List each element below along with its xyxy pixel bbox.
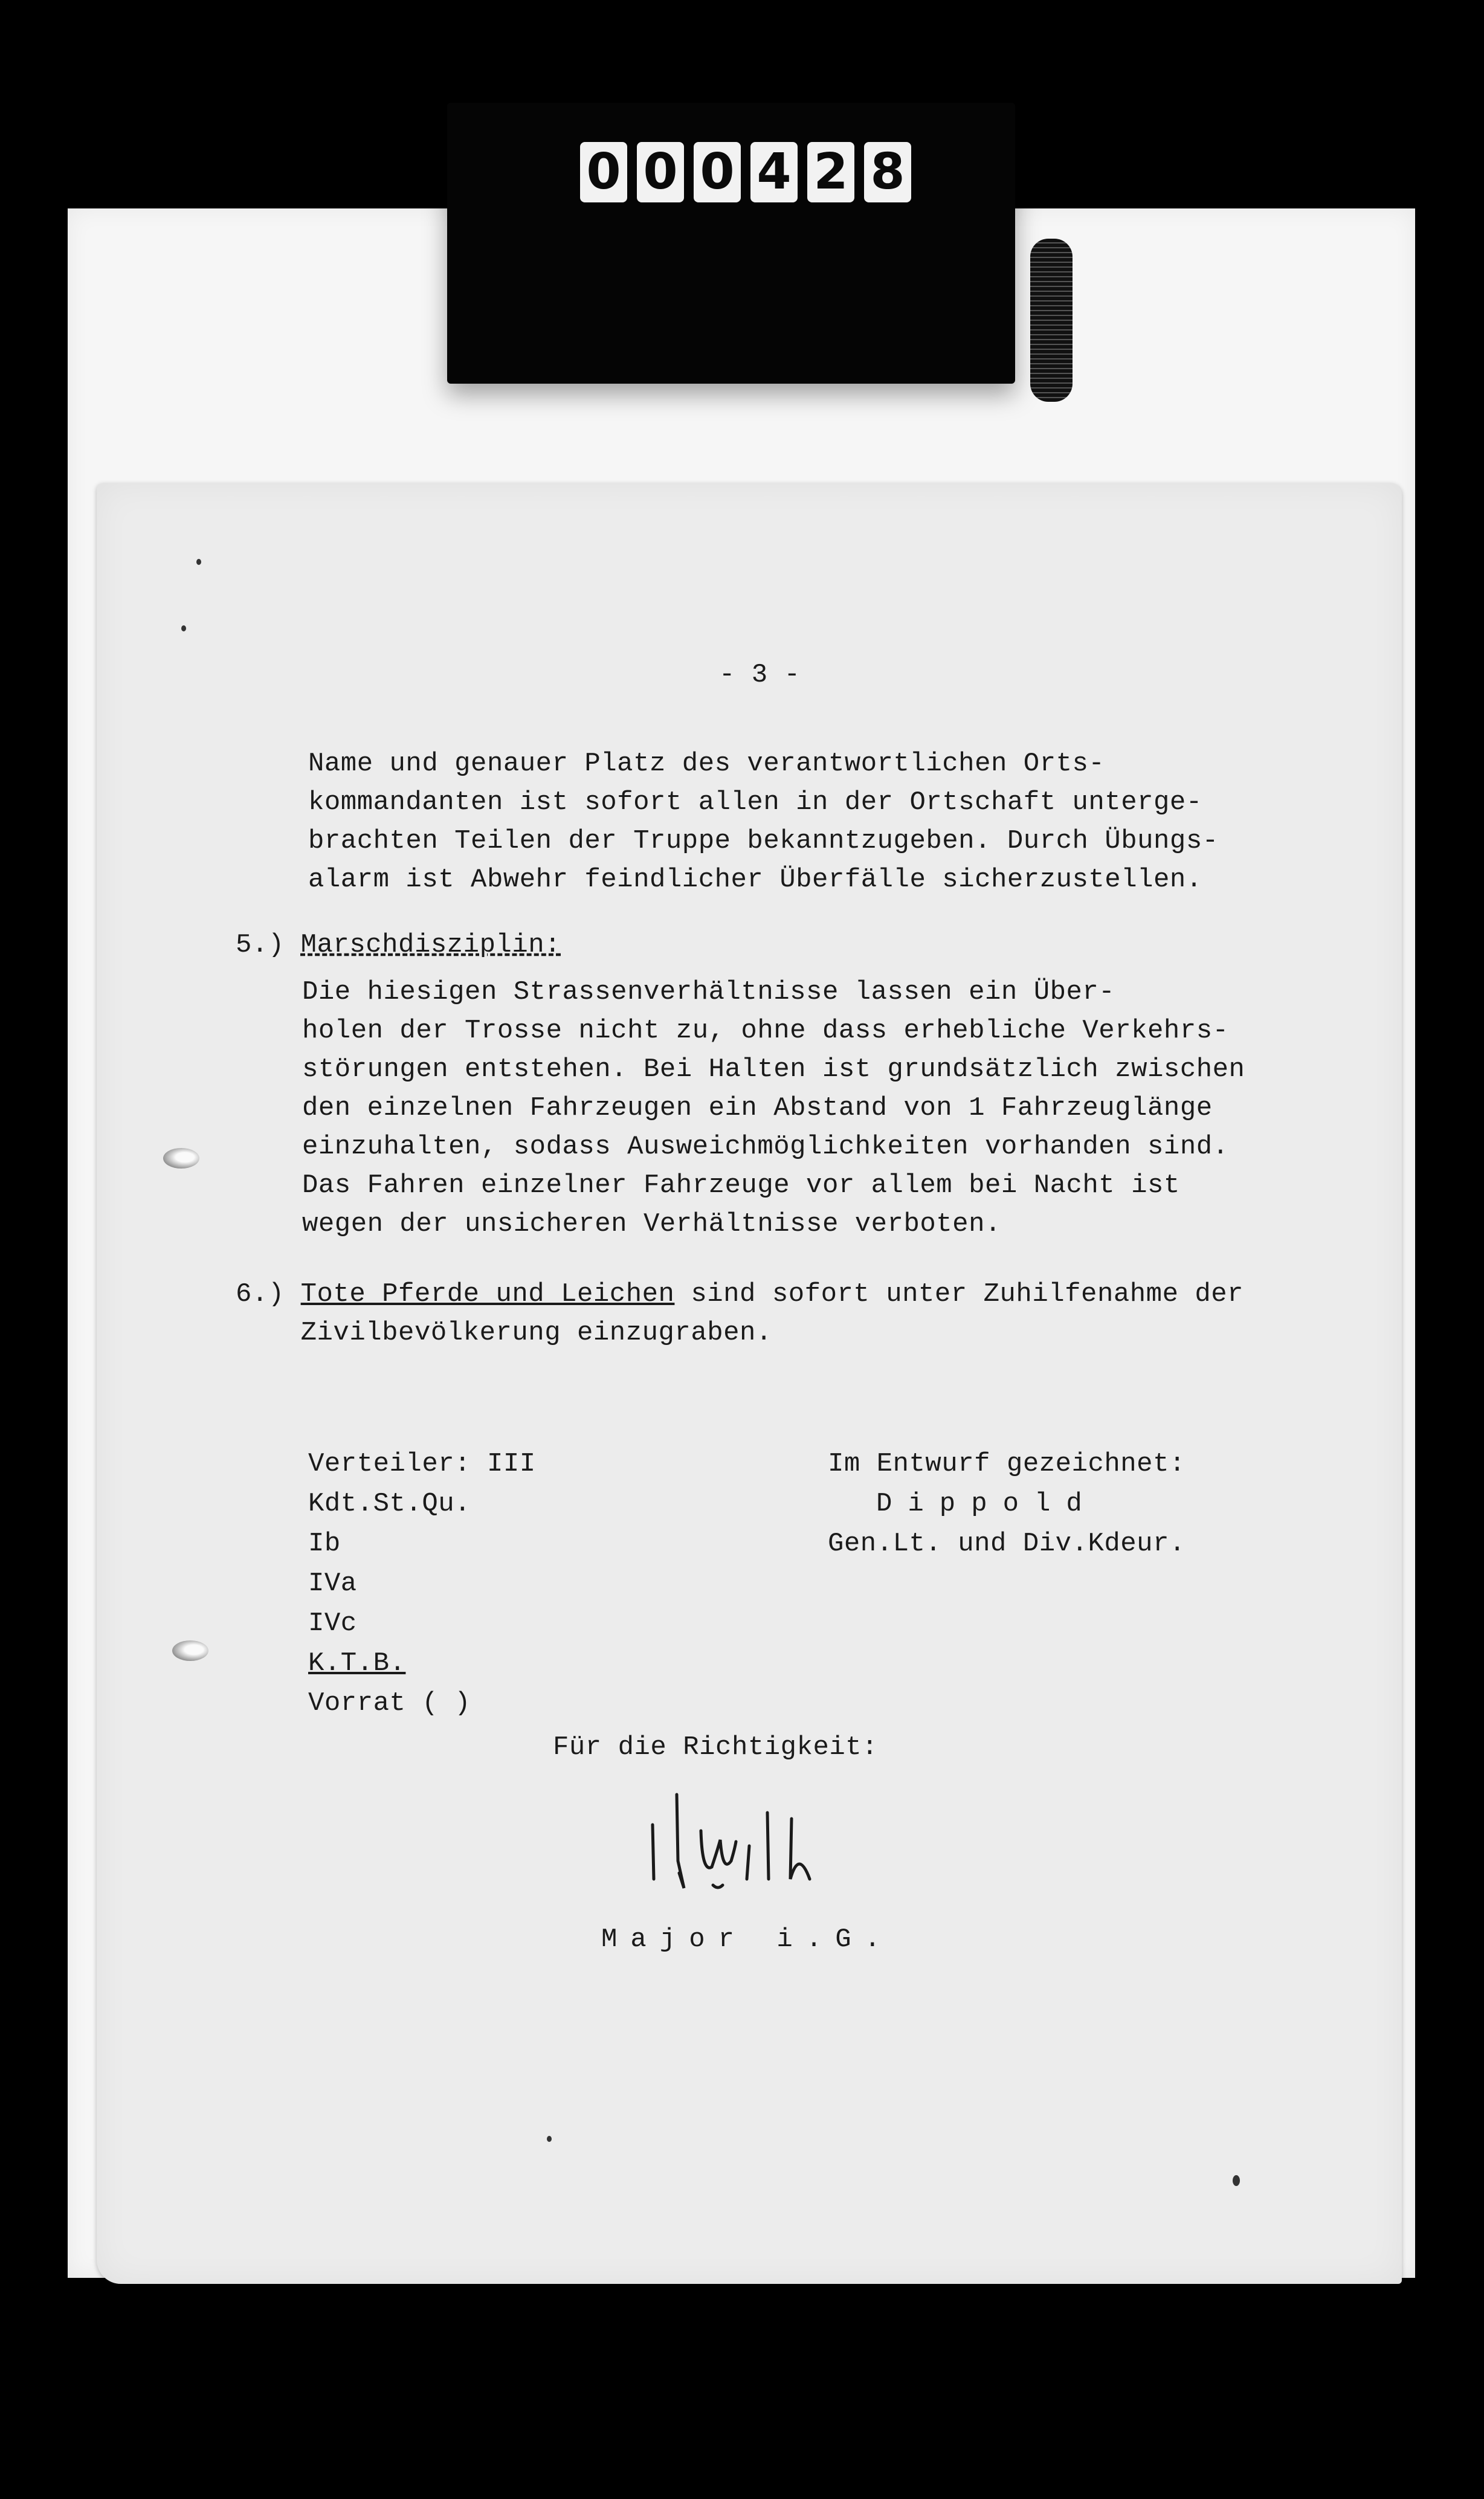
section-6: 6.) Tote Pferde und Leichen sind sofort … (236, 1275, 1244, 1352)
counter-digit: 0 (580, 142, 627, 202)
distribution-list: Verteiler: III Kdt.St.Qu. Ib IVa IVc K.T… (308, 1444, 536, 1723)
signed-block: Im Entwurf gezeichnet: Dippold Gen.Lt. u… (828, 1444, 1186, 1564)
distribution-item: IVc (308, 1608, 357, 1639)
counter-digit: 2 (807, 142, 854, 202)
section-5-heading: 5.) Marschdisziplin: (236, 926, 561, 964)
counter-digit: 0 (637, 142, 684, 202)
section-6-line1-rest: sind sofort unter Zuhilfenahme der (674, 1279, 1244, 1309)
page-number: - 3 - (719, 656, 801, 694)
counter-knob-icon (1030, 239, 1073, 402)
section-6-line2: Zivilbevölkerung einzugraben. (301, 1318, 772, 1348)
dust-speck (1233, 2175, 1240, 2186)
section-5-body: Die hiesigen Strassenverhältnisse lassen… (302, 973, 1245, 1243)
section-6-underlined: Tote Pferde und Leichen (301, 1279, 675, 1309)
counter-digit: 4 (750, 142, 798, 202)
frame-counter-digits: 0 0 0 4 2 8 (580, 142, 911, 202)
counter-digit: 8 (864, 142, 911, 202)
dust-speck (181, 625, 186, 631)
section-title: Marschdisziplin: (301, 930, 561, 960)
dust-speck (196, 559, 201, 565)
handwritten-signature-icon (640, 1788, 846, 1897)
distribution-item: Vorrat ( ) (308, 1688, 471, 1718)
signer-rank: Major i.G. (601, 1920, 894, 1959)
signer-title: Gen.Lt. und Div.Kdeur. (828, 1529, 1186, 1559)
counter-digit: 0 (694, 142, 741, 202)
intro-paragraph: Name und genauer Platz des verantwortlic… (308, 744, 1219, 899)
signed-label: Im Entwurf gezeichnet: (828, 1449, 1186, 1479)
punch-hole-icon (172, 1640, 208, 1661)
section-number: 6.) (236, 1279, 285, 1309)
distribution-item: Ib (308, 1529, 341, 1559)
signer-name: Dippold (828, 1489, 1098, 1519)
distribution-item: Kdt.St.Qu. (308, 1489, 471, 1519)
distribution-item: K.T.B. (308, 1648, 405, 1678)
frame-counter: 0 0 0 4 2 8 (447, 103, 1015, 384)
punch-hole-icon (163, 1148, 199, 1169)
section-number: 5.) (236, 930, 285, 960)
certification-label: Für die Richtigkeit: (553, 1728, 878, 1767)
distribution-label: Verteiler: III (308, 1449, 536, 1479)
distribution-item: IVa (308, 1569, 357, 1599)
dust-speck (547, 2136, 552, 2142)
